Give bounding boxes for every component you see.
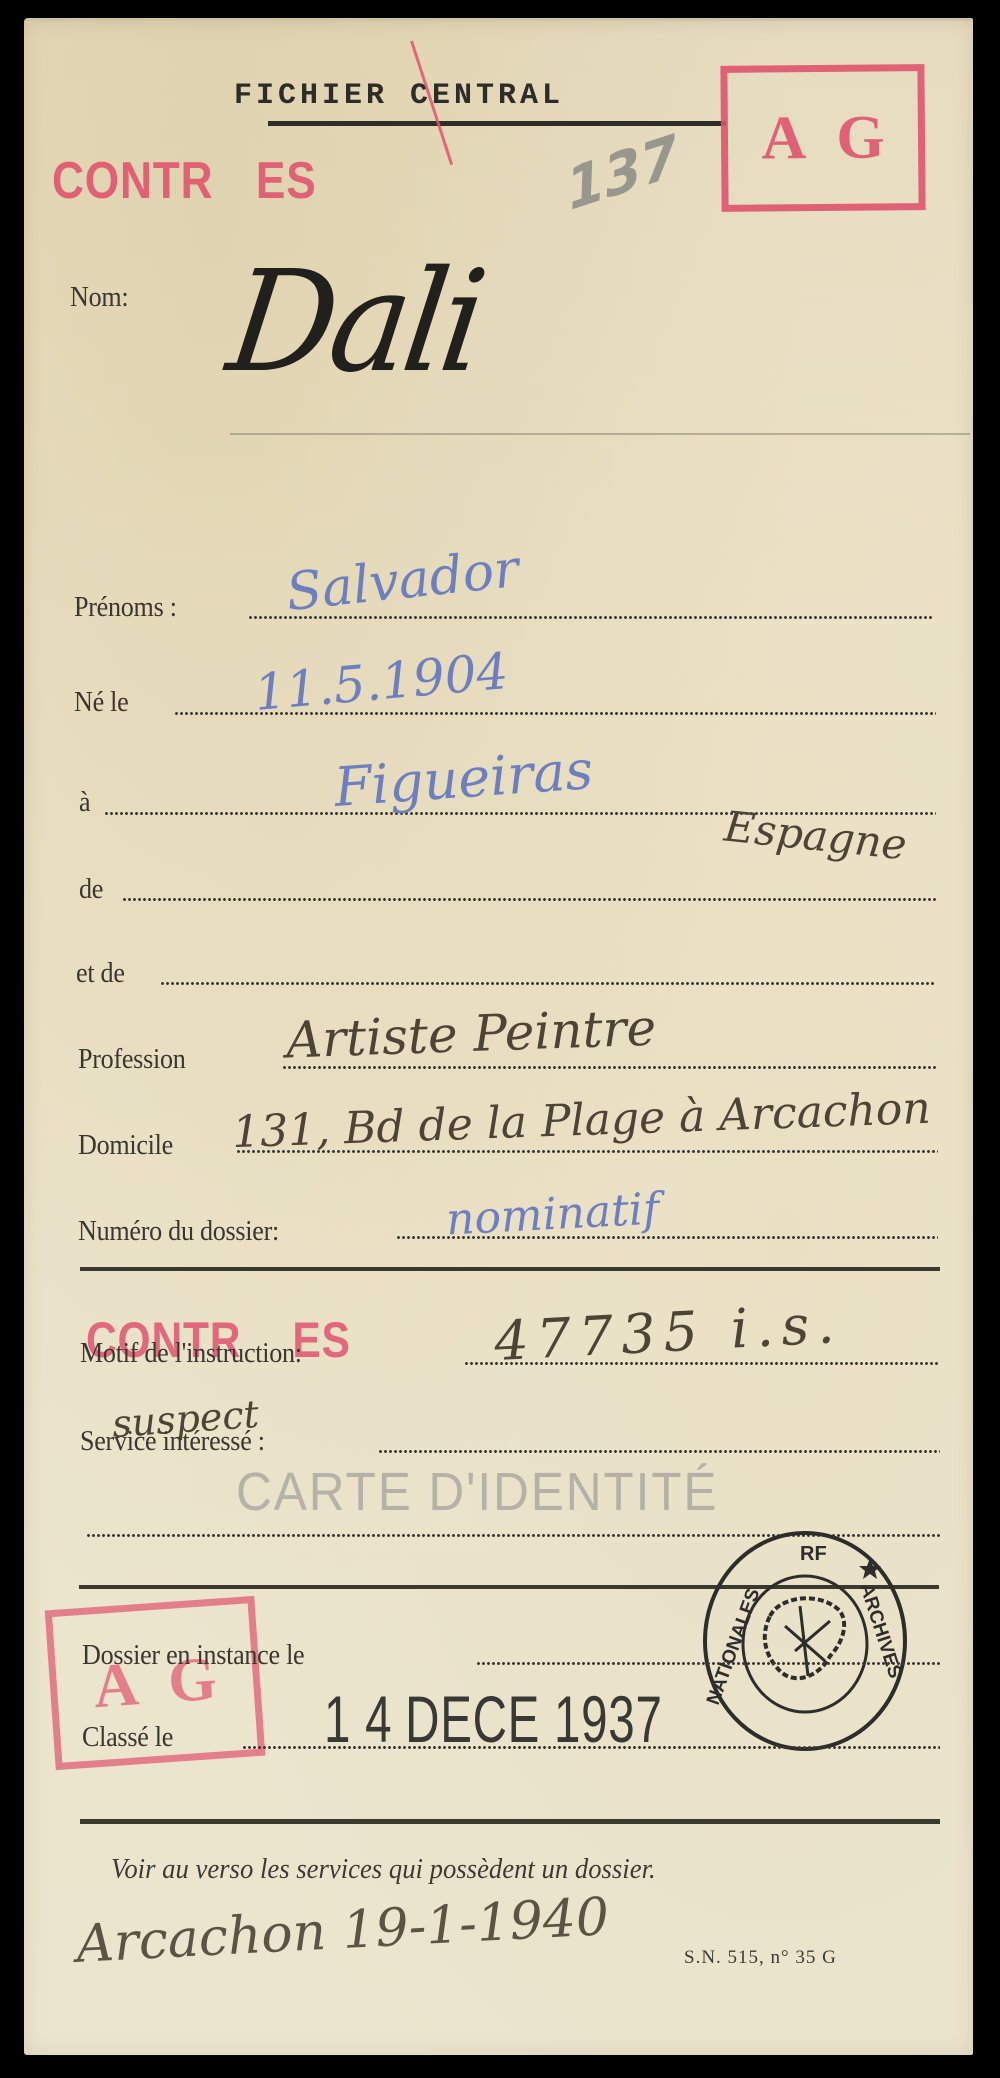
service-interesse-dotted-line: [378, 1449, 940, 1454]
date-stamp-month-year: DECE 1937: [405, 1682, 662, 1756]
section-rule-3: [80, 1819, 940, 1824]
ag-stamp-top-g: G: [836, 102, 885, 173]
date-stamp-day: 1 4: [324, 1681, 392, 1757]
et-de-label: et de: [76, 957, 125, 990]
profession-value: Artiste Peintre: [285, 999, 657, 1070]
ne-le-value: 11.5.1904: [252, 642, 511, 722]
service-interesse-label: Service intéressé :: [80, 1425, 265, 1458]
de-label: de: [79, 873, 103, 906]
ne-le-label: Né le: [74, 686, 128, 719]
nom-rule: [230, 433, 970, 435]
header-underline: [268, 121, 726, 126]
section-rule-1: [80, 1267, 940, 1271]
et-de-dotted-line: [160, 981, 936, 986]
profession-label: Profession: [78, 1043, 186, 1076]
nom-label: Nom:: [70, 281, 128, 314]
classe-le-label: Classé le: [82, 1721, 173, 1754]
domicile-value: 131, Bd de la Plage à Arcachon: [231, 1083, 931, 1158]
dossier-instance-dotted-line: [476, 1661, 940, 1666]
dossier-instance-label: Dossier en instance le: [82, 1639, 304, 1672]
contr-stamp-top: CONTRES: [52, 151, 317, 211]
handwritten-place-date: Arcachon 19-1-1940: [75, 1887, 611, 1975]
contr-stamp-top-right: ES: [256, 152, 317, 210]
nom-value: Dali: [220, 241, 490, 404]
motif-instruction-label: Motif de l'instruction:: [80, 1337, 302, 1370]
header-title: FICHIER CENTRAL: [234, 79, 564, 113]
footer-note: Voir au verso les services qui possèdent…: [111, 1853, 656, 1886]
ag-stamp-top: A G: [720, 64, 925, 212]
lieu-label: à: [79, 786, 90, 819]
pencil-number: 137: [566, 121, 680, 226]
classe-date-stamp: 1 4DECE 1937: [324, 1681, 663, 1757]
de-dotted-line: [122, 897, 936, 902]
contr-stamp-top-left: CONTR: [52, 152, 213, 210]
carte-identite-stamp: CARTE D'IDENTITÉ: [236, 1461, 718, 1523]
lieu-value: Figueiras: [332, 738, 595, 819]
domicile-label: Domicile: [78, 1129, 173, 1162]
form-reference-code: S.N. 515, n° 35 G: [684, 1947, 837, 1969]
ag-stamp-top-a: A: [761, 103, 806, 174]
prenoms-value: Salvador: [284, 539, 522, 623]
prenoms-label: Prénoms :: [74, 591, 177, 624]
numero-dossier-label: Numéro du dossier:: [78, 1215, 279, 1248]
archives-nationales-seal-icon: RF NATIONALES ARCHIVES: [700, 1526, 910, 1756]
seal-top-text: RF: [800, 1543, 827, 1565]
index-card: FICHIER CENTRAL CONTRES 137 A G Nom: Dal…: [24, 18, 973, 2055]
